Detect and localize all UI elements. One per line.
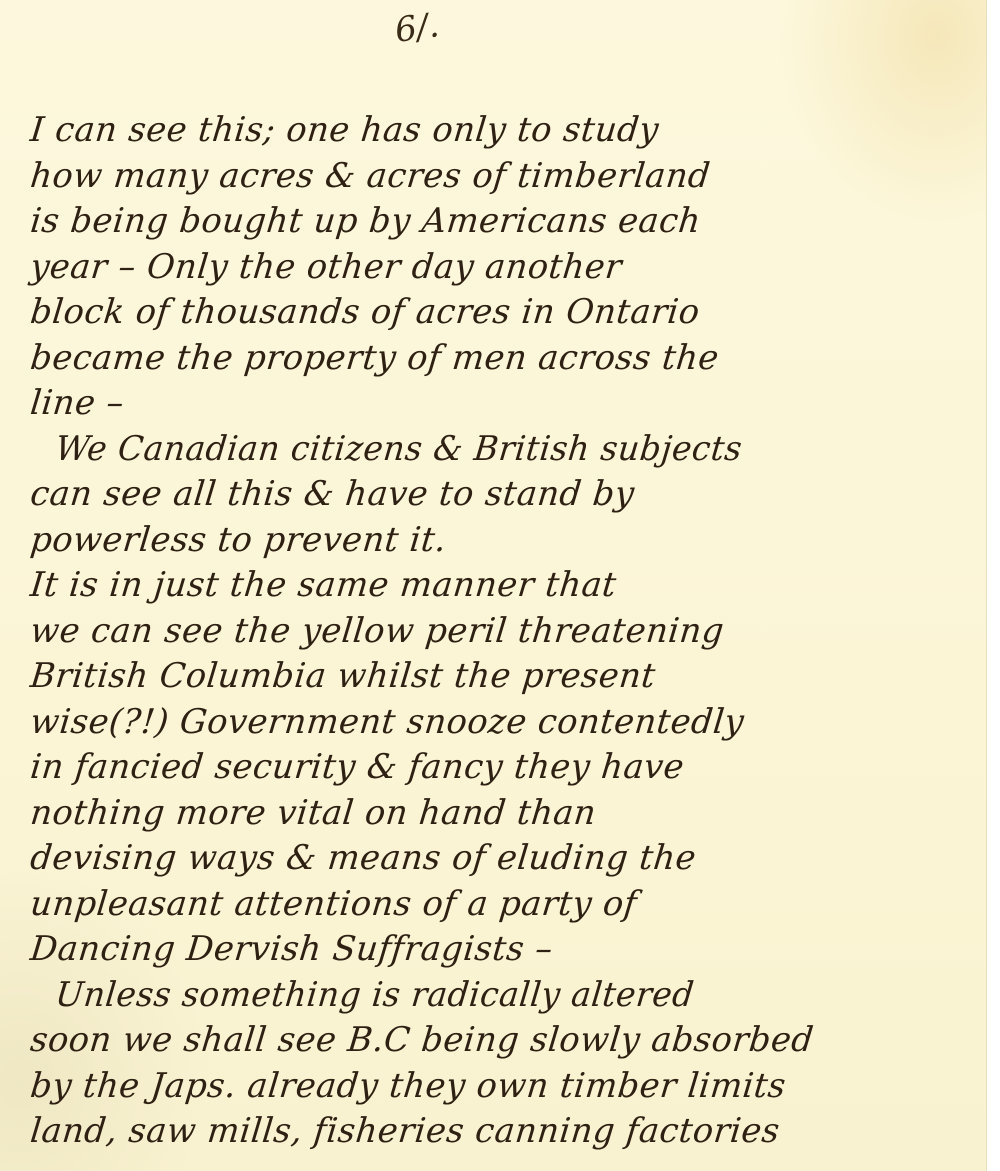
text-line: Dancing Dervish Suffragists – (28, 927, 972, 973)
page-number: 6/. (392, 5, 441, 51)
text-line: It is in just the same manner that (28, 563, 972, 609)
text-line: powerless to prevent it. (28, 518, 972, 564)
text-line: in fancied security & fancy they have (28, 745, 972, 791)
text-line: how many acres & acres of timberland (28, 154, 972, 200)
text-line: We Canadian citizens & British subjects (28, 427, 952, 473)
text-line: soon we shall see B.C being slowly absor… (28, 1018, 972, 1064)
text-line: by the Japs. already they own timber lim… (28, 1064, 972, 1110)
text-line: is being bought up by Americans each (28, 199, 972, 245)
text-line: land, saw mills, fisheries canning facto… (28, 1109, 972, 1155)
text-line: Unless something is radically altered (28, 973, 952, 1019)
text-line: can see all this & have to stand by (28, 472, 972, 518)
text-line: devising ways & means of eluding the (28, 836, 972, 882)
letter-page: 6/. I can see this; one has only to stud… (0, 0, 986, 1171)
text-line: became the property of men across the (28, 336, 972, 382)
text-line: block of thousands of acres in Ontario (28, 290, 972, 336)
text-line: line – (28, 381, 972, 427)
handwritten-text-block: I can see this; one has only to study ho… (28, 108, 978, 1155)
text-line: year – Only the other day another (28, 245, 972, 291)
text-line: we can see the yellow peril threatening (28, 609, 972, 655)
text-line: nothing more vital on hand than (28, 791, 972, 837)
text-line: British Columbia whilst the present (28, 654, 972, 700)
text-line: wise(?!) Government snooze contentedly (28, 700, 972, 746)
text-line: I can see this; one has only to study (28, 108, 972, 154)
text-line: unpleasant attentions of a party of (28, 882, 972, 928)
